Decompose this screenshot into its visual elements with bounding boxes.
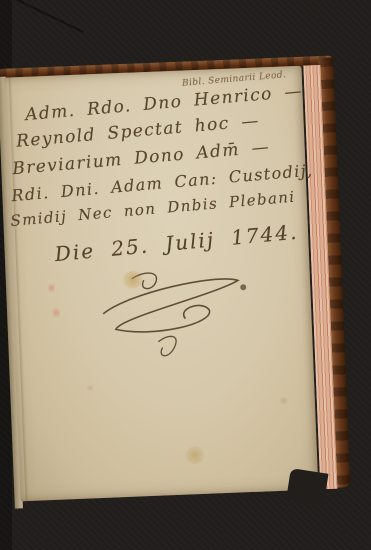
foxing-spot (86, 384, 94, 391)
red-smudge (48, 282, 55, 294)
ink-flourish-icon (93, 264, 253, 380)
parchment-flyleaf-page: Bibl. Seminarii Leod. Adm. Rdo. Dno Henr… (4, 66, 319, 502)
book-photograph: Bibl. Seminarii Leod. Adm. Rdo. Dno Henr… (0, 55, 351, 510)
date-line: Die 25. Julij 1744. (54, 220, 299, 266)
red-smudge (52, 306, 61, 320)
foxing-spot (279, 396, 289, 404)
backdrop-crease (0, 0, 84, 33)
torn-corner-notch (286, 468, 328, 505)
stain-spot (185, 446, 206, 465)
